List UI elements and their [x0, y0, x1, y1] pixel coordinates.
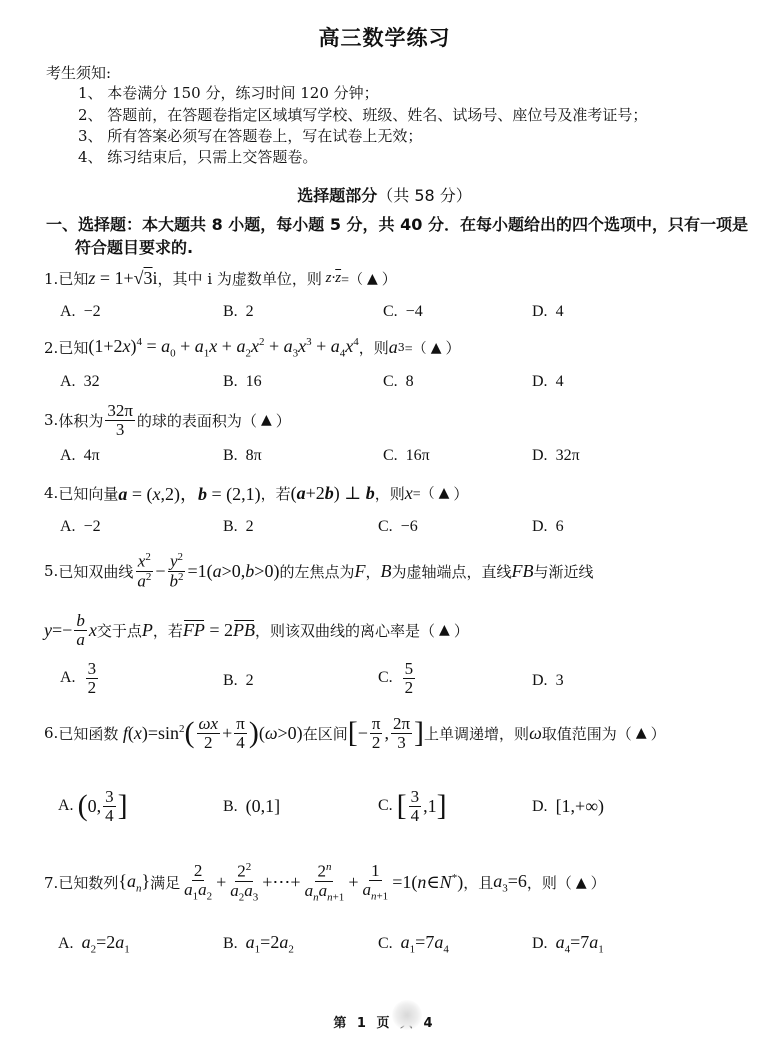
- option-c: C. −6: [378, 518, 418, 536]
- question-text: 上单调递增，则: [424, 723, 529, 744]
- question-text: ，则: [359, 337, 389, 358]
- option-d: D. 3: [532, 672, 564, 690]
- question-text: 已知向量: [58, 483, 118, 504]
- question-text: ，则该双曲线的离心率是: [255, 620, 420, 641]
- question-text: 已知: [58, 337, 88, 358]
- part-one-instruction: 一、选择题：本大题共 8 小题，每小题 5 分，共 40 分．在每小题给出的四个…: [46, 212, 748, 235]
- question-7: 7. 已知数列 {an} 满足 2a1a2+22a2a3+⋯+2nanan+1+…: [44, 862, 606, 903]
- question-text: 取值范围为: [542, 723, 617, 744]
- option-a: A. 4π: [60, 447, 100, 465]
- question-number: 4.: [44, 484, 58, 502]
- part-one-instruction-cont: 符合题目要求的.: [75, 235, 193, 258]
- option-d: D. 32π: [532, 447, 580, 465]
- answer-marker-icon: ▲: [632, 725, 651, 741]
- option-b: B. (0,1]: [223, 796, 280, 817]
- question-text: 与渐近线: [534, 561, 594, 582]
- smudge-artifact: [392, 1000, 422, 1030]
- question-2: 2. 已知 (1+2x)4 = a0 + a1x + a2x2 + a3x3 +…: [44, 336, 460, 360]
- question-text: 的左焦点为: [279, 561, 354, 582]
- question-text: 体积为: [58, 410, 103, 431]
- option-d: D. [1,+∞): [532, 796, 604, 817]
- option-b: B. 2: [223, 672, 254, 690]
- question-text: 已知双曲线: [58, 561, 133, 582]
- page-footer: 第 1 页 共 4: [0, 1012, 769, 1031]
- question-number: 1.: [44, 270, 58, 288]
- answer-marker-icon: ▲: [363, 271, 382, 287]
- section-points: （共 58 分）: [377, 186, 472, 205]
- option-c: C. a1=7a4: [378, 932, 449, 956]
- question-text: 已知: [58, 268, 88, 289]
- option-a: A. (0,34]: [58, 788, 128, 825]
- answer-marker-icon: ▲: [572, 875, 591, 891]
- option-b: B. 8π: [223, 447, 262, 465]
- question-text: 为虚轴端点，直线: [391, 561, 511, 582]
- question-text: ，且: [463, 872, 493, 893]
- page-title: 高三数学练习: [0, 22, 769, 52]
- question-number: 5.: [44, 562, 58, 580]
- question-5-cont: y=−bax 交于点 P ，若 FP = 2PB ，则该双曲线的离心率是 （▲）: [44, 612, 469, 649]
- question-number: 6.: [44, 724, 58, 742]
- question-1: 1. 已知 z = 1+√3i ，其中 i 为虚数单位，则 z·z=（▲）: [44, 268, 397, 289]
- question-5: 5. 已知双曲线 x2a2−y2b2=1(a>0,b>0) 的左焦点为 F，B …: [44, 552, 594, 590]
- section-title: 选择题部分: [297, 186, 377, 205]
- option-c: C. 8: [383, 373, 414, 391]
- question-6: 6. 已知函数 f(x)=sin2(ωx2+π4)(ω>0) 在区间 [−π2,…: [44, 715, 666, 752]
- answer-marker-icon: ▲: [435, 485, 454, 501]
- option-a: A. −2: [60, 303, 101, 321]
- option-b: B. 2: [223, 518, 254, 536]
- question-text: ，若: [153, 620, 183, 641]
- option-d: D. 6: [532, 518, 564, 536]
- option-a: A. 32: [60, 373, 100, 391]
- option-c: C. [34,1]: [378, 788, 447, 825]
- option-c: C. 16π: [383, 447, 430, 465]
- question-4: 4. 已知向量 a = (x,2)，b = (2,1) ，若 (a+2b) ⊥ …: [44, 480, 468, 506]
- question-number: 3.: [44, 411, 58, 429]
- option-a: A. 32: [60, 660, 100, 697]
- option-b: B. 16: [223, 373, 262, 391]
- answer-marker-icon: ▲: [435, 622, 454, 638]
- option-a: A. a2=2a1: [58, 932, 130, 956]
- question-text: ，则: [375, 483, 405, 504]
- question-text: 满足: [150, 872, 180, 893]
- section-heading: 选择题部分（共 58 分）: [0, 183, 769, 206]
- option-d: D. 4: [532, 373, 564, 391]
- answer-marker-icon: ▲: [257, 412, 276, 428]
- option-c: C. 52: [378, 660, 417, 697]
- question-text: ，则: [527, 872, 557, 893]
- question-text: 的球的表面积为: [137, 410, 242, 431]
- option-c: C. −4: [383, 303, 423, 321]
- option-d: D. 4: [532, 303, 564, 321]
- question-text: 在区间: [303, 723, 348, 744]
- option-d: D. a4=7a1: [532, 932, 604, 956]
- answer-marker-icon: ▲: [427, 340, 446, 356]
- option-a: A. −2: [60, 518, 101, 536]
- notice-heading: 考生须知:: [46, 62, 111, 83]
- question-text: 交于点: [97, 620, 142, 641]
- notice-item: 2、 答题前，在答题卷指定区域填写学校、班级、姓名、试场号、座位号及准考证号；: [78, 104, 647, 125]
- question-text: ，若: [261, 483, 291, 504]
- question-text: ，其中 i 为虚数单位，则: [158, 268, 322, 289]
- option-b: B. 2: [223, 303, 254, 321]
- question-number: 2.: [44, 339, 58, 357]
- question-number: 7.: [44, 874, 58, 892]
- question-text: 已知数列: [58, 872, 118, 893]
- notice-item: 1、 本卷满分 150 分，练习时间 120 分钟；: [78, 82, 379, 103]
- question-3: 3. 体积为 32π3 的球的表面积为 （▲）: [44, 402, 291, 439]
- question-text: 已知函数: [58, 723, 118, 744]
- option-b: B. a1=2a2: [223, 932, 294, 956]
- notice-item: 3、 所有答案必须写在答题卷上，写在试卷上无效；: [78, 125, 422, 146]
- notice-item: 4、 练习结束后，只需上交答题卷。: [78, 146, 317, 167]
